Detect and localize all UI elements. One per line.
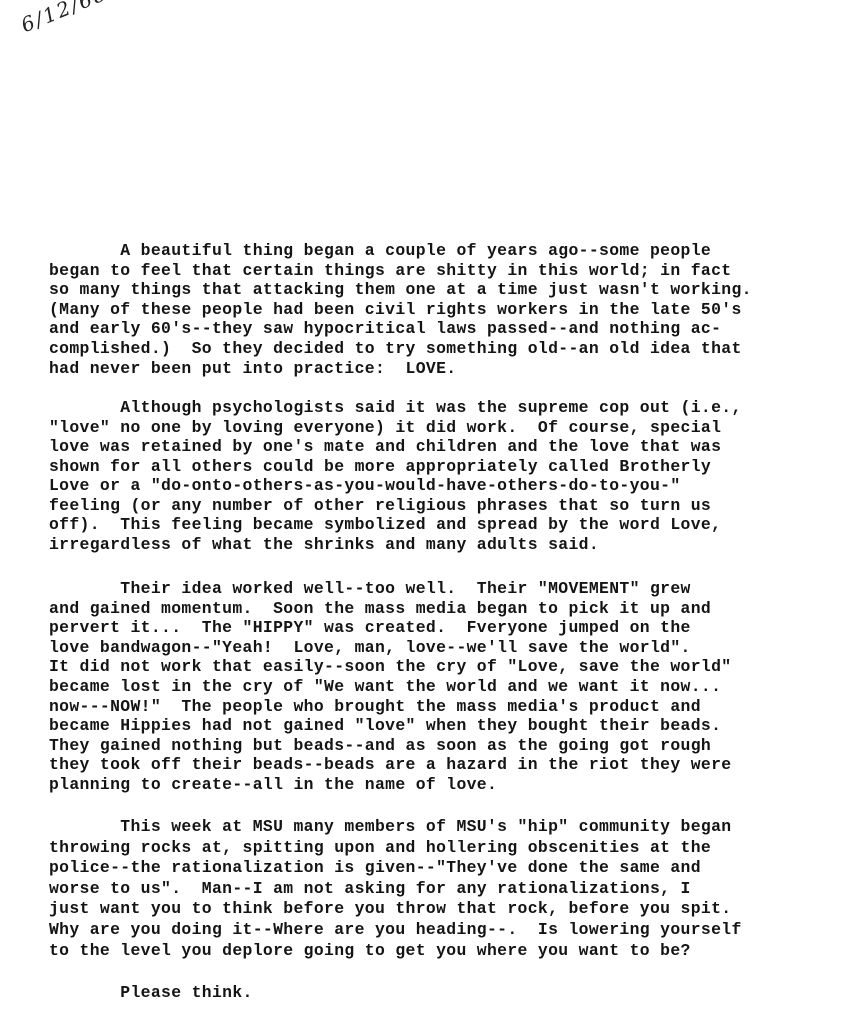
- text-line: "love" no one by loving everyone) it did…: [49, 418, 721, 437]
- text-line: (Many of these people had been civil rig…: [49, 300, 742, 319]
- text-line: so many things that attacking them one a…: [49, 280, 752, 299]
- text-line: just want you to think before you throw …: [49, 899, 731, 918]
- text-line: Please think.: [49, 983, 253, 1002]
- text-line: worse to us". Man--I am not asking for a…: [49, 879, 691, 898]
- text-line: off). This feeling became symbolized and…: [49, 515, 721, 534]
- text-line: pervert it... The "HIPPY" was created. F…: [49, 618, 691, 637]
- text-line: throwing rocks at, spitting upon and hol…: [49, 838, 711, 857]
- text-line: now---NOW!" The people who brought the m…: [49, 697, 701, 716]
- text-line: feeling (or any number of other religiou…: [49, 496, 711, 515]
- text-line: planning to create--all in the name of l…: [49, 775, 497, 794]
- text-line: and early 60's--they saw hypocritical la…: [49, 319, 721, 338]
- text-line: began to feel that certain things are sh…: [49, 261, 731, 280]
- typewritten-page: 6/12/68 A beautiful thing began a couple…: [0, 0, 857, 1026]
- text-line: Their idea worked well--too well. Their …: [49, 579, 691, 598]
- text-line: became Hippies had not gained "love" whe…: [49, 716, 721, 735]
- text-line: and gained momentum. Soon the mass media…: [49, 599, 711, 618]
- text-line: they took off their beads--beads are a h…: [49, 755, 731, 774]
- text-line: love was retained by one's mate and chil…: [49, 437, 721, 456]
- text-line: had never been put into practice: LOVE.: [49, 359, 456, 378]
- text-line: to the level you deplore going to get yo…: [49, 941, 691, 960]
- text-line: It did not work that easily--soon the cr…: [49, 657, 731, 676]
- text-line: A beautiful thing began a couple of year…: [49, 241, 711, 260]
- text-line: irregardless of what the shrinks and man…: [49, 535, 599, 554]
- text-line: complished.) So they decided to try some…: [49, 339, 742, 358]
- text-line: They gained nothing but beads--and as so…: [49, 736, 711, 755]
- text-line: became lost in the cry of "We want the w…: [49, 677, 721, 696]
- text-line: Love or a "do-onto-others-as-you-would-h…: [49, 476, 681, 495]
- text-line: love bandwagon--"Yeah! Love, man, love--…: [49, 638, 691, 657]
- text-line: Why are you doing it--Where are you head…: [49, 920, 742, 939]
- text-line: This week at MSU many members of MSU's "…: [49, 817, 731, 836]
- handwritten-date: 6/12/68: [18, 0, 111, 37]
- text-line: shown for all others could be more appro…: [49, 457, 711, 476]
- text-line: police--the rationalization is given--"T…: [49, 858, 701, 877]
- text-line: Although psychologists said it was the s…: [49, 398, 742, 417]
